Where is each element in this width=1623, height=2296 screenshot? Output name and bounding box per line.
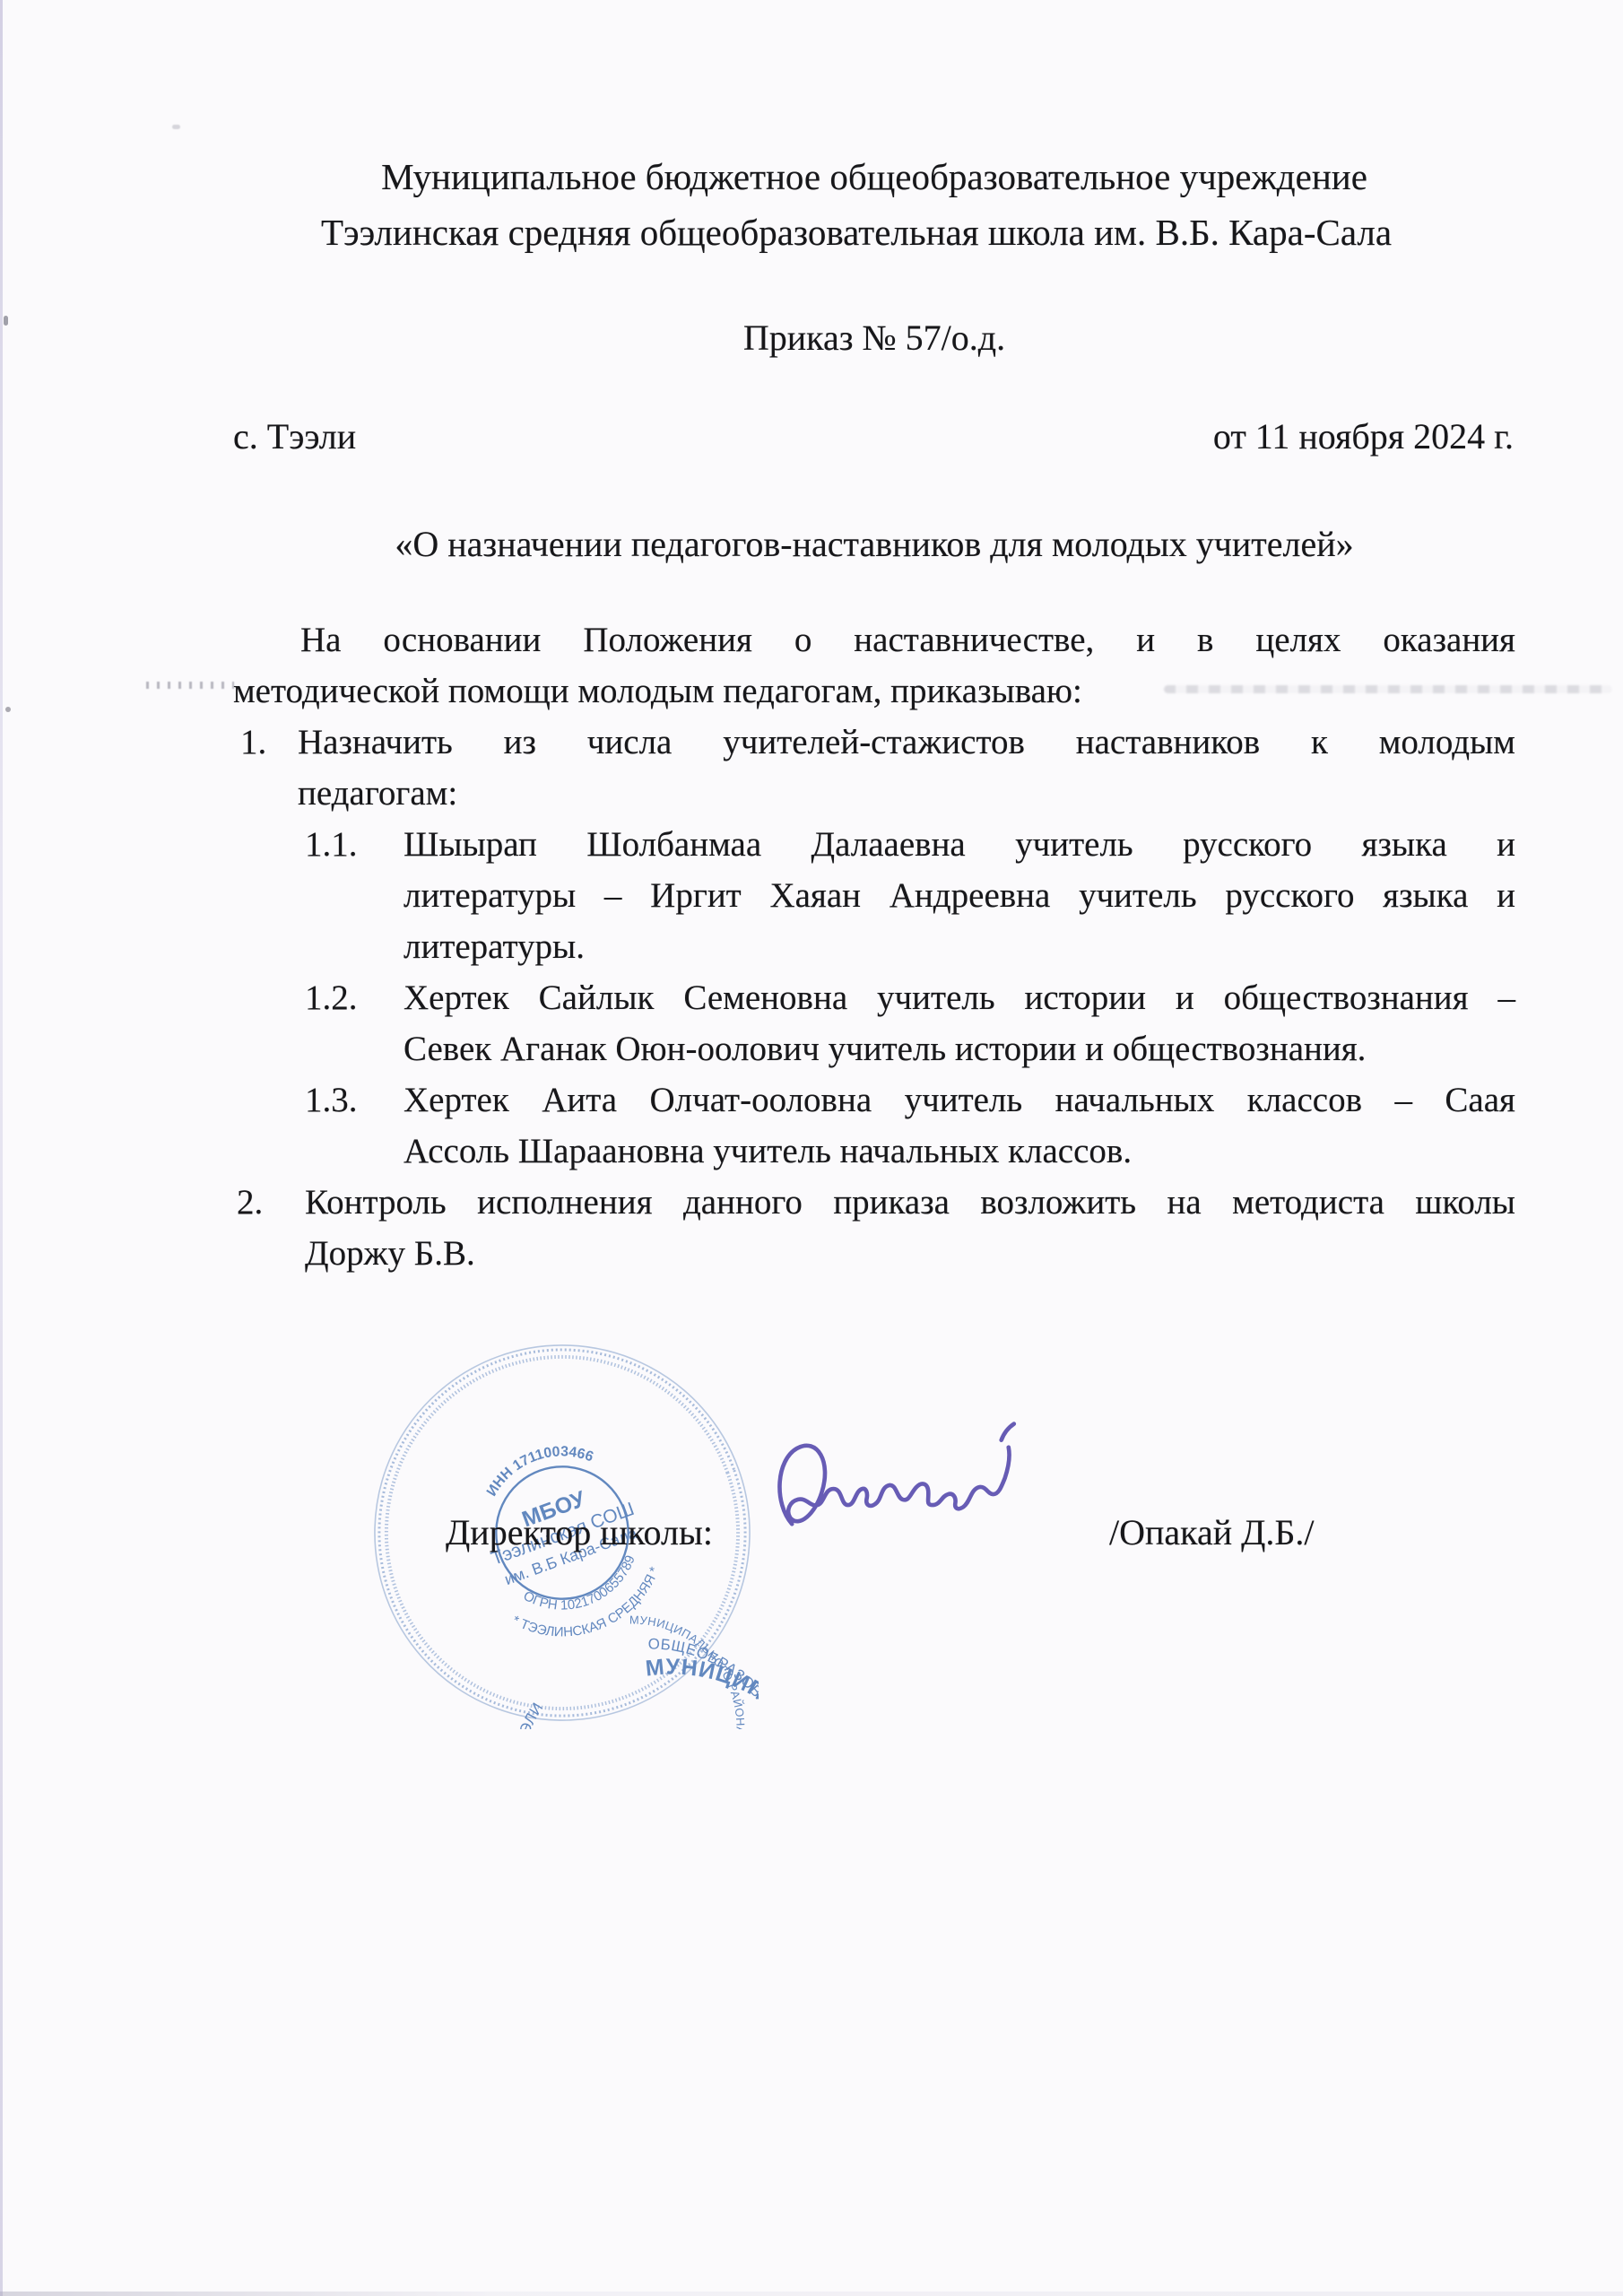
list-sub11-line3: литературы. xyxy=(404,926,585,970)
order-place: с. Тээли xyxy=(233,414,356,459)
scan-edge-artifact-left xyxy=(0,0,3,2296)
org-header-line2: Тээлинская средняя общеобразовательная ш… xyxy=(143,210,1569,256)
org-header-line1: Муниципальное бюджетное общеобразователь… xyxy=(233,154,1515,200)
list-sub13-marker: 1.3. xyxy=(305,1079,358,1123)
scanned-order-page: Муниципальное бюджетное общеобразователь… xyxy=(0,0,1623,2296)
scan-smudge-left xyxy=(146,682,234,689)
list-sub11-line2: литературы – Иргит Хаяан Андреевна учите… xyxy=(404,874,1515,918)
order-date: от 11 ноября 2024 г. xyxy=(1213,414,1514,459)
scan-smudge-right xyxy=(1164,685,1612,693)
scan-speck xyxy=(5,707,11,712)
list-item2-line1: Контроль исполнения данного приказа возл… xyxy=(305,1181,1515,1225)
list-sub13-line1: Хертек Аита Олчат-ооловна учитель началь… xyxy=(404,1079,1515,1123)
list-sub12-line2: Севек Аганак Оюн-оолович учитель истории… xyxy=(404,1028,1366,1072)
list-item1-line2: педагогам: xyxy=(298,772,457,816)
signature-stroke-accent xyxy=(1002,1424,1014,1440)
scan-edge-artifact-bottom xyxy=(0,2292,1623,2296)
scan-speck xyxy=(172,125,180,129)
list-item1-marker: 1. xyxy=(240,721,266,765)
list-sub12-marker: 1.2. xyxy=(305,977,358,1021)
order-title: «О назначении педагогов-наставников для … xyxy=(233,522,1515,567)
list-item2-marker: 2. xyxy=(237,1181,263,1225)
list-sub11-line1: Шыырап Шолбанмаа Далааевна учитель русск… xyxy=(404,823,1515,867)
list-sub12-line1: Хертек Сайлык Семеновна учитель истории … xyxy=(404,977,1515,1021)
list-item2-line2: Доржу Б.В. xyxy=(305,1232,475,1276)
signature-name-decoded: /Опакай Д.Б./ xyxy=(1109,1510,1315,1555)
director-signature-handwriting xyxy=(765,1420,1045,1556)
scan-speck xyxy=(4,316,8,326)
intro-line1: На основании Положения о наставничестве,… xyxy=(300,619,1515,663)
intro-line2: методической помощи молодым педагогам, п… xyxy=(233,670,1082,714)
list-sub11-marker: 1.1. xyxy=(305,823,358,867)
list-sub13-line2: Ассоль Шарaaновна учитель начальных клас… xyxy=(404,1130,1132,1174)
order-number: Приказ № 57/о.д. xyxy=(233,316,1515,361)
list-item1-line1: Назначить из числа учителей-стажистов на… xyxy=(298,721,1515,765)
signature-stroke-main xyxy=(779,1446,1009,1524)
signature-role-label: Директор школы: xyxy=(446,1510,713,1555)
